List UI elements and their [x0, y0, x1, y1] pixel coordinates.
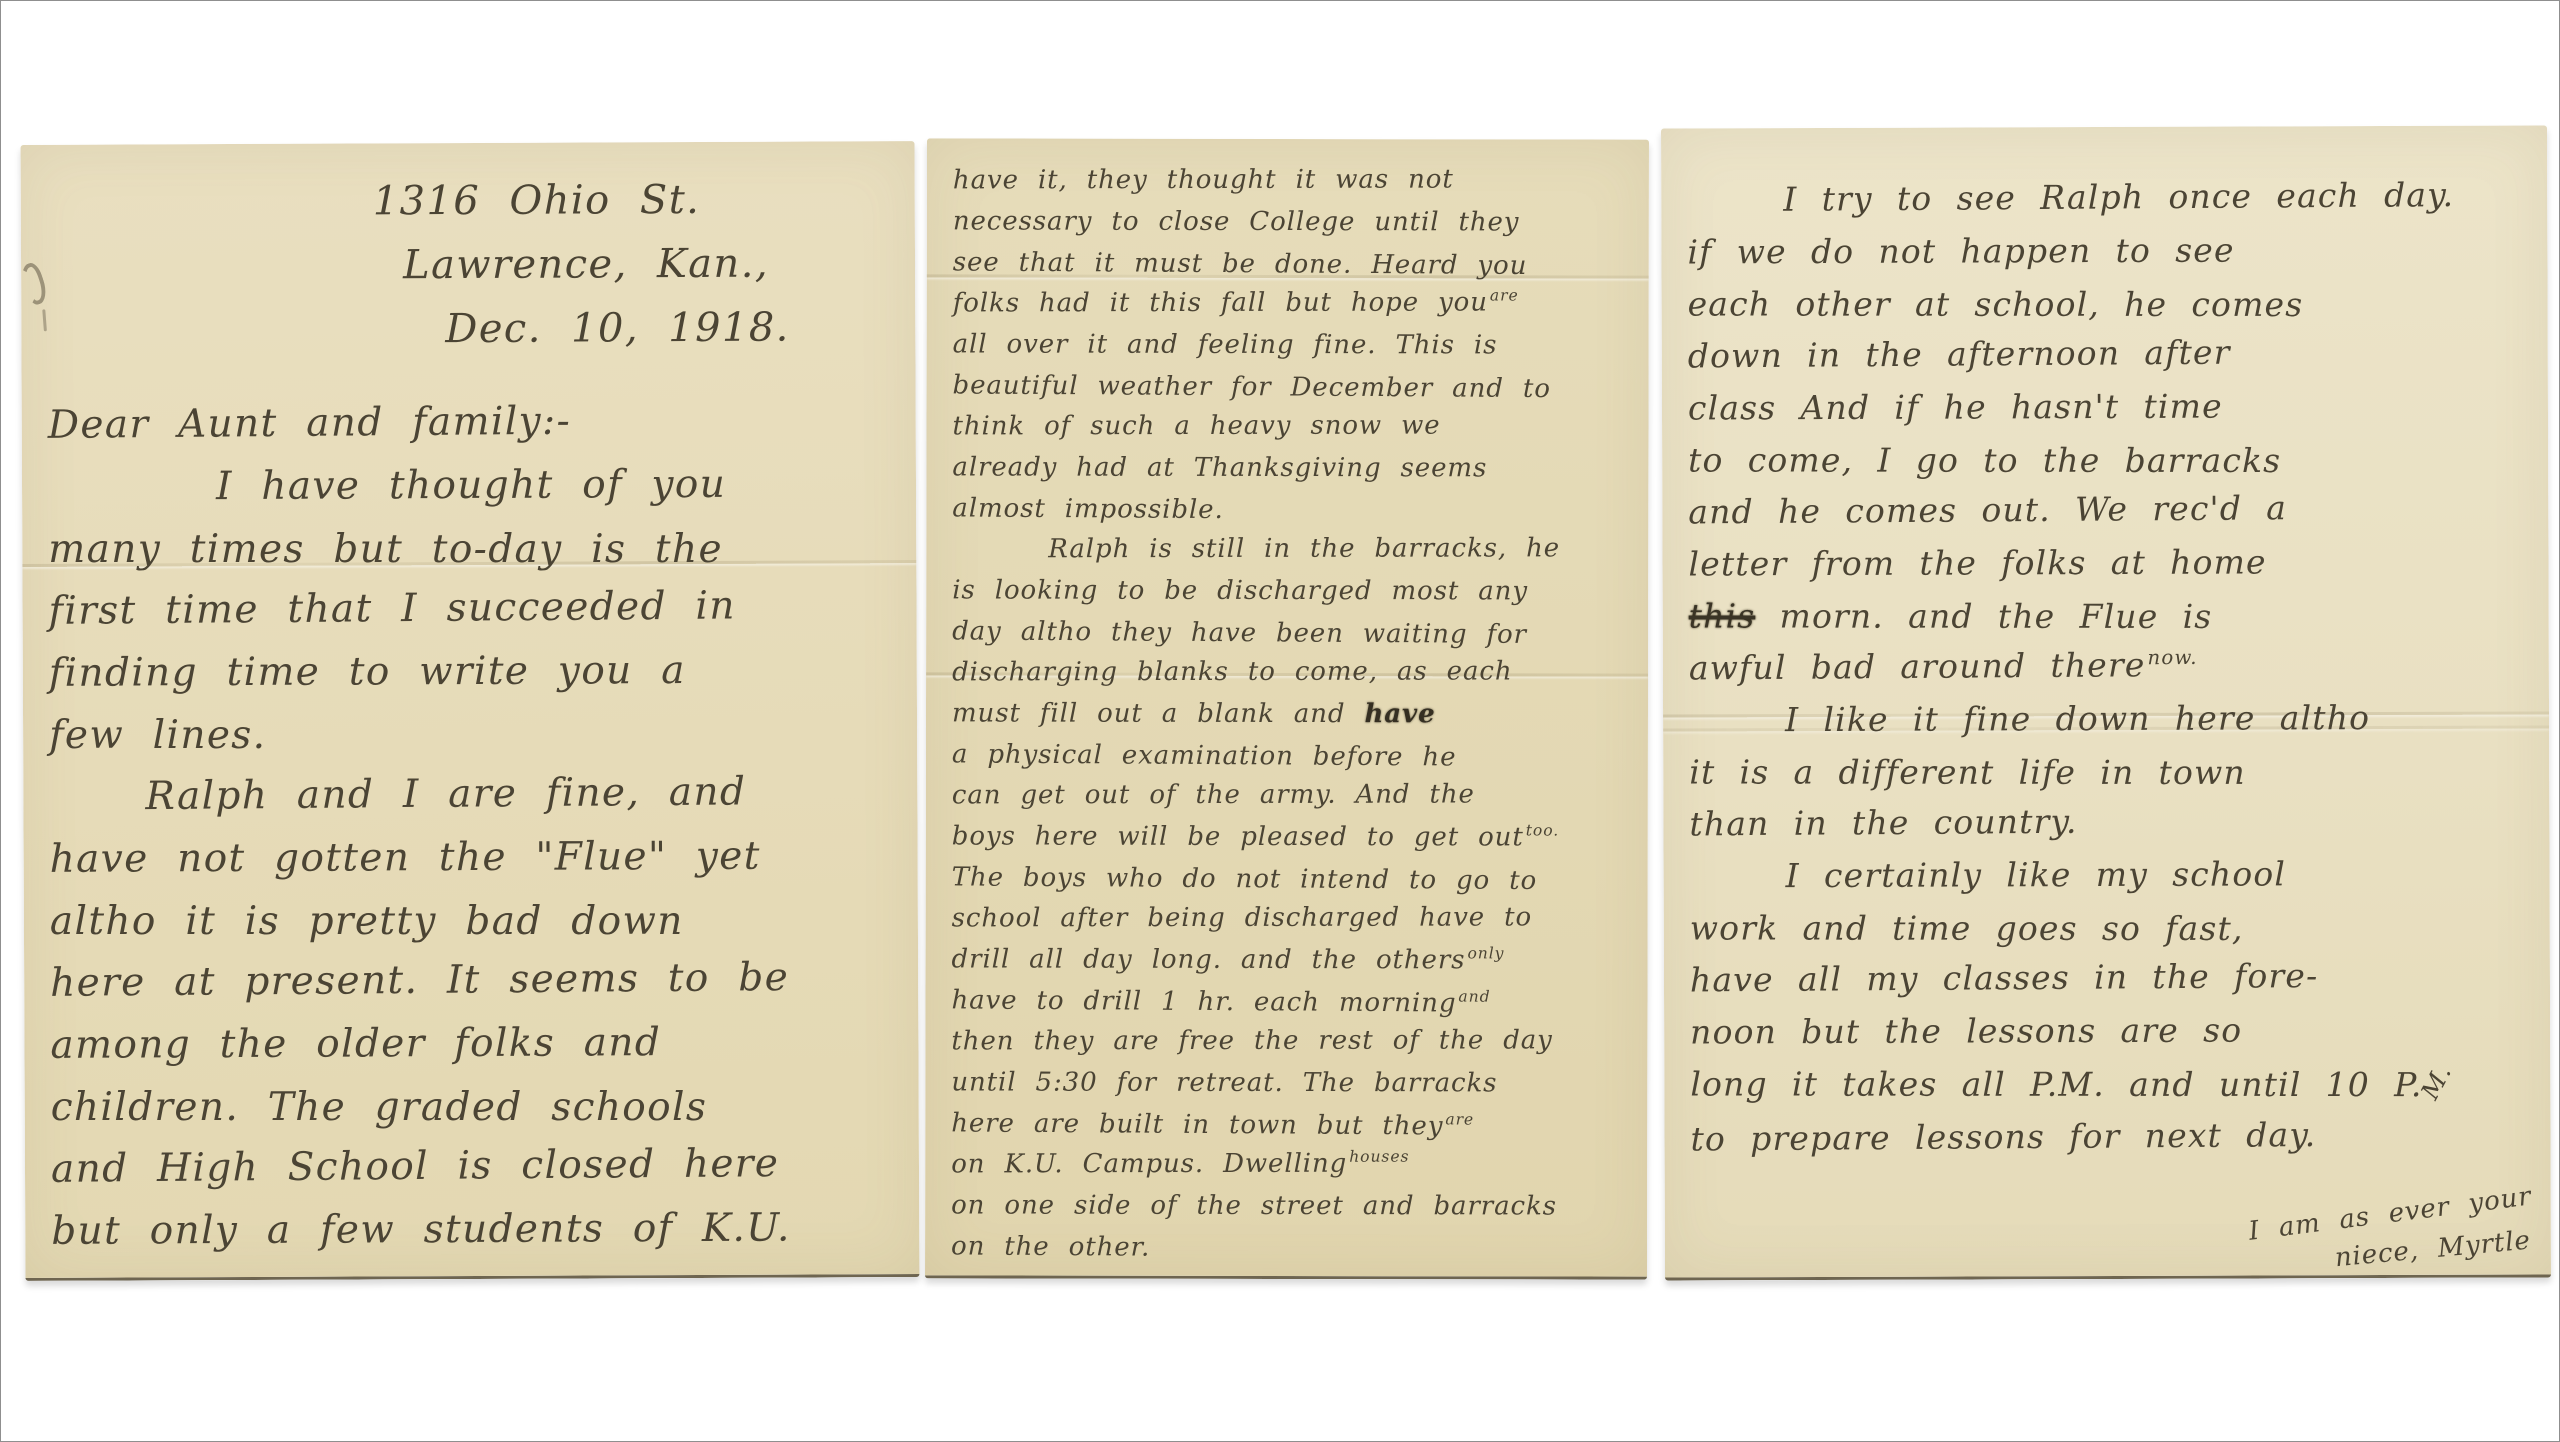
handwritten-line: day altho they have been waiting for: [952, 611, 1634, 656]
handwritten-line: school after being discharged have to: [952, 897, 1634, 939]
handwritten-line: Ralph and I are fine, and: [49, 760, 903, 829]
handwritten-line: necessary to close College until they: [953, 201, 1635, 243]
letter-body-page-3: I try to see Ralph once each day.if we d…: [1687, 172, 2536, 1166]
handwritten-line: on the other.: [951, 1226, 1633, 1271]
handwritten-line: if we do not happen to see: [1687, 224, 2533, 279]
handwritten-line: first time that I succeeded in: [48, 574, 902, 643]
handwritten-line: I try to see Ralph once each day.: [1687, 169, 2533, 227]
handwritten-line: here at present. It seems to be: [50, 946, 904, 1015]
handwritten-line: The boys who do not intend to go to: [952, 857, 1634, 902]
handwritten-line: long it takes all P.M. and until 10 P.M.: [1690, 1058, 2536, 1114]
handwritten-line: boys here will be pleased to get outtoo.: [952, 816, 1634, 858]
handwritten-line: to prepare lessons for next day.: [1690, 1108, 2536, 1166]
handwritten-line: have all my classes in the fore-: [1690, 949, 2536, 1007]
handwritten-line: I have thought of you: [48, 453, 902, 519]
inserted-word: are: [1445, 1111, 1474, 1129]
inserted-word: houses: [1349, 1148, 1409, 1166]
handwritten-line: altho it is pretty bad down: [50, 891, 904, 953]
scratched-out-word: this: [1689, 596, 1756, 635]
handwritten-line: Ralph is still in the barracks, he: [952, 528, 1634, 570]
handwritten-line: see that it must be done. Heard you: [953, 242, 1635, 287]
handwritten-line: but only a few students of K.U.: [51, 1197, 905, 1263]
handwritten-line: letter from the folks at home: [1688, 536, 2534, 591]
margin-written-word: M.: [2406, 1054, 2469, 1110]
handwritten-line: think of such a heavy snow we: [952, 405, 1634, 447]
handwritten-line: finding time to write you a: [49, 639, 903, 705]
handwritten-line: then they are free the rest of the day: [951, 1020, 1633, 1062]
inserted-word: now.: [2147, 646, 2197, 669]
handwritten-line: folks had it this fall but hope youare: [953, 282, 1635, 324]
handwritten-line: children. The graded schools: [51, 1077, 905, 1139]
handwritten-line: and High School is closed here: [51, 1132, 905, 1201]
inserted-word: only: [1467, 945, 1504, 963]
inserted-word: are: [1490, 287, 1519, 305]
handwritten-line: have it, they thought it was not: [953, 159, 1635, 201]
handwritten-line: work and time goes so fast,: [1690, 902, 2536, 955]
heading-line: Dec. 10, 1918.: [373, 296, 790, 362]
handwritten-line: to come, I go to the barracks: [1688, 434, 2534, 487]
handwritten-line: this morn. and the Flue is: [1689, 590, 2535, 643]
handwritten-line: among the older folks and: [50, 1011, 904, 1077]
handwritten-line: have not gotten the "Flue" yet: [50, 825, 904, 891]
handwritten-line: few lines.: [49, 705, 903, 767]
handwritten-line: it is a different life in town: [1689, 746, 2535, 799]
handwritten-line: each other at school, he comes: [1688, 278, 2534, 331]
letter-body-page-2: have it, they thought it was notnecessar…: [951, 160, 1635, 1268]
handwritten-line: already had at Thanksgiving seems: [952, 447, 1634, 489]
overwritten-word: have: [1364, 699, 1435, 729]
handwritten-line: almost impossible.: [952, 488, 1634, 533]
handwritten-line: must fill out a blank and have: [952, 693, 1634, 735]
heading-line: 1316 Ohio St.: [373, 168, 790, 234]
letter-body-page-1: Dear Aunt and family:-I have thought of …: [48, 391, 906, 1263]
handwritten-line: beautiful weather for December and to: [952, 365, 1634, 410]
ink-smudge: [17, 261, 50, 307]
handwritten-line: have to drill 1 hr. each morningand: [951, 980, 1633, 1025]
handwritten-line: drill all day long. and the othersonly: [952, 939, 1634, 981]
inserted-word: and: [1458, 988, 1490, 1006]
letter-page-1: 1316 Ohio St.Lawrence, Kan.,Dec. 10, 191…: [21, 141, 920, 1281]
letter-heading: 1316 Ohio St.Lawrence, Kan.,Dec. 10, 191…: [373, 168, 790, 362]
handwritten-line: and he comes out. We rec'd a: [1688, 481, 2534, 539]
inserted-word: too.: [1526, 822, 1559, 840]
handwritten-line: awful bad around therenow.: [1689, 637, 2535, 695]
handwritten-line: noon but the lessons are so: [1690, 1004, 2536, 1059]
letter-page-3: I try to see Ralph once each day.if we d…: [1661, 125, 2551, 1280]
handwritten-line: until 5:30 for retreat. The barracks: [951, 1062, 1633, 1104]
handwritten-line: on K.U. Campus. Dwellinghouses: [951, 1143, 1633, 1185]
handwritten-line: Dear Aunt and family:-: [48, 388, 902, 457]
handwritten-line: I like it fine down here altho: [1689, 692, 2535, 747]
handwritten-line: many times but to-day is the: [48, 519, 902, 581]
handwritten-line: can get out of the army. And the: [952, 774, 1634, 816]
handwritten-line: I certainly like my school: [1690, 848, 2536, 903]
handwritten-line: all over it and feeling fine. This is: [953, 324, 1635, 366]
handwritten-line: here are built in town but theyare: [951, 1103, 1633, 1148]
handwritten-line: is looking to be discharged most any: [952, 570, 1634, 612]
letter-closing-signature: I am as ever yourniece, Myrtle: [2247, 1179, 2538, 1282]
handwritten-line: discharging blanks to come, as each: [952, 651, 1634, 693]
handwritten-line: class And if he hasn't time: [1688, 380, 2534, 435]
handwritten-line: a physical examination before he: [952, 734, 1634, 779]
scanned-letter-screenshot: 1316 Ohio St.Lawrence, Kan.,Dec. 10, 191…: [0, 0, 2560, 1442]
letter-page-2: have it, they thought it was notnecessar…: [925, 138, 1649, 1279]
handwritten-line: down in the afternoon after: [1688, 325, 2534, 383]
handwritten-line: than in the country.: [1689, 793, 2535, 851]
handwritten-line: on one side of the street and barracks: [951, 1185, 1633, 1227]
heading-line: Lawrence, Kan.,: [373, 232, 790, 298]
